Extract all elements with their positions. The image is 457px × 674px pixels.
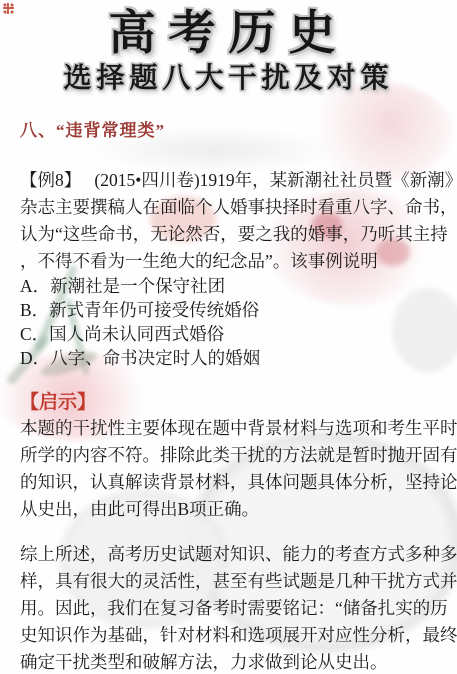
insight-text-line: 本题的干扰性主要体现在题中背景材料与选项和考生平时 [20,420,445,438]
summary-text-line: 用。因此，我们在复习备考时需要铭记：“储备扎实的历 [20,600,445,618]
summary-text-line: 样，具有很大的灵活性，甚至有些试题是几种干扰方式并 [20,573,445,591]
insight-text-line: 的知识，认真解读背景材料，具体问题具体分析，坚持论 [20,474,445,492]
option-c: C．国人尚未认同西式婚俗 [20,326,445,344]
example-text-line: 杂志主要撰稿人在面临个人婚事抉择时看重八字、命书， [20,199,445,217]
option-a: A．新潮社是一个保守社团 [20,278,445,296]
section-heading: 八、“违背常理类” [20,122,445,139]
insight-text-line: 从史出，由此可得出B项正确。 [20,501,445,519]
summary-text-line: 确定干扰类型和破解方法，力求做到论从史出。 [20,654,445,672]
example-text-line: 认为“这些命书，无论然否，要之我的婚事，乃听其主持 [20,226,445,244]
example-text-line: ，不得不看为一生绝大的纪念品”。该事例说明 [20,253,445,271]
document-page: 高考历史 选择题八大干扰及对策 八、“违背常理类” 【例8】 (2015•四川卷… [0,0,457,674]
page-title: 高考历史 [0,8,457,60]
summary-text-line: 综上所述，高考历史试题对知识、能力的考查方式多种多 [20,546,445,564]
insight-label: 【启示】 [20,393,445,412]
insight-text-line: 所学的内容不符。排除此类干扰的方法就是暂时抛开固有 [20,447,445,465]
option-d: D．八字、命书决定时人的婚姻 [20,350,445,368]
page-subtitle: 选择题八大干扰及对策 [0,63,457,94]
option-b: B．新式青年仍可接受传统婚俗 [20,302,445,320]
summary-text-line: 史知识作为基础，针对材料和选项展开对应性分析，最终 [20,627,445,645]
example-text-line: 【例8】 (2015•四川卷)1919年，某新潮社社员暨《新潮》 [20,172,445,190]
